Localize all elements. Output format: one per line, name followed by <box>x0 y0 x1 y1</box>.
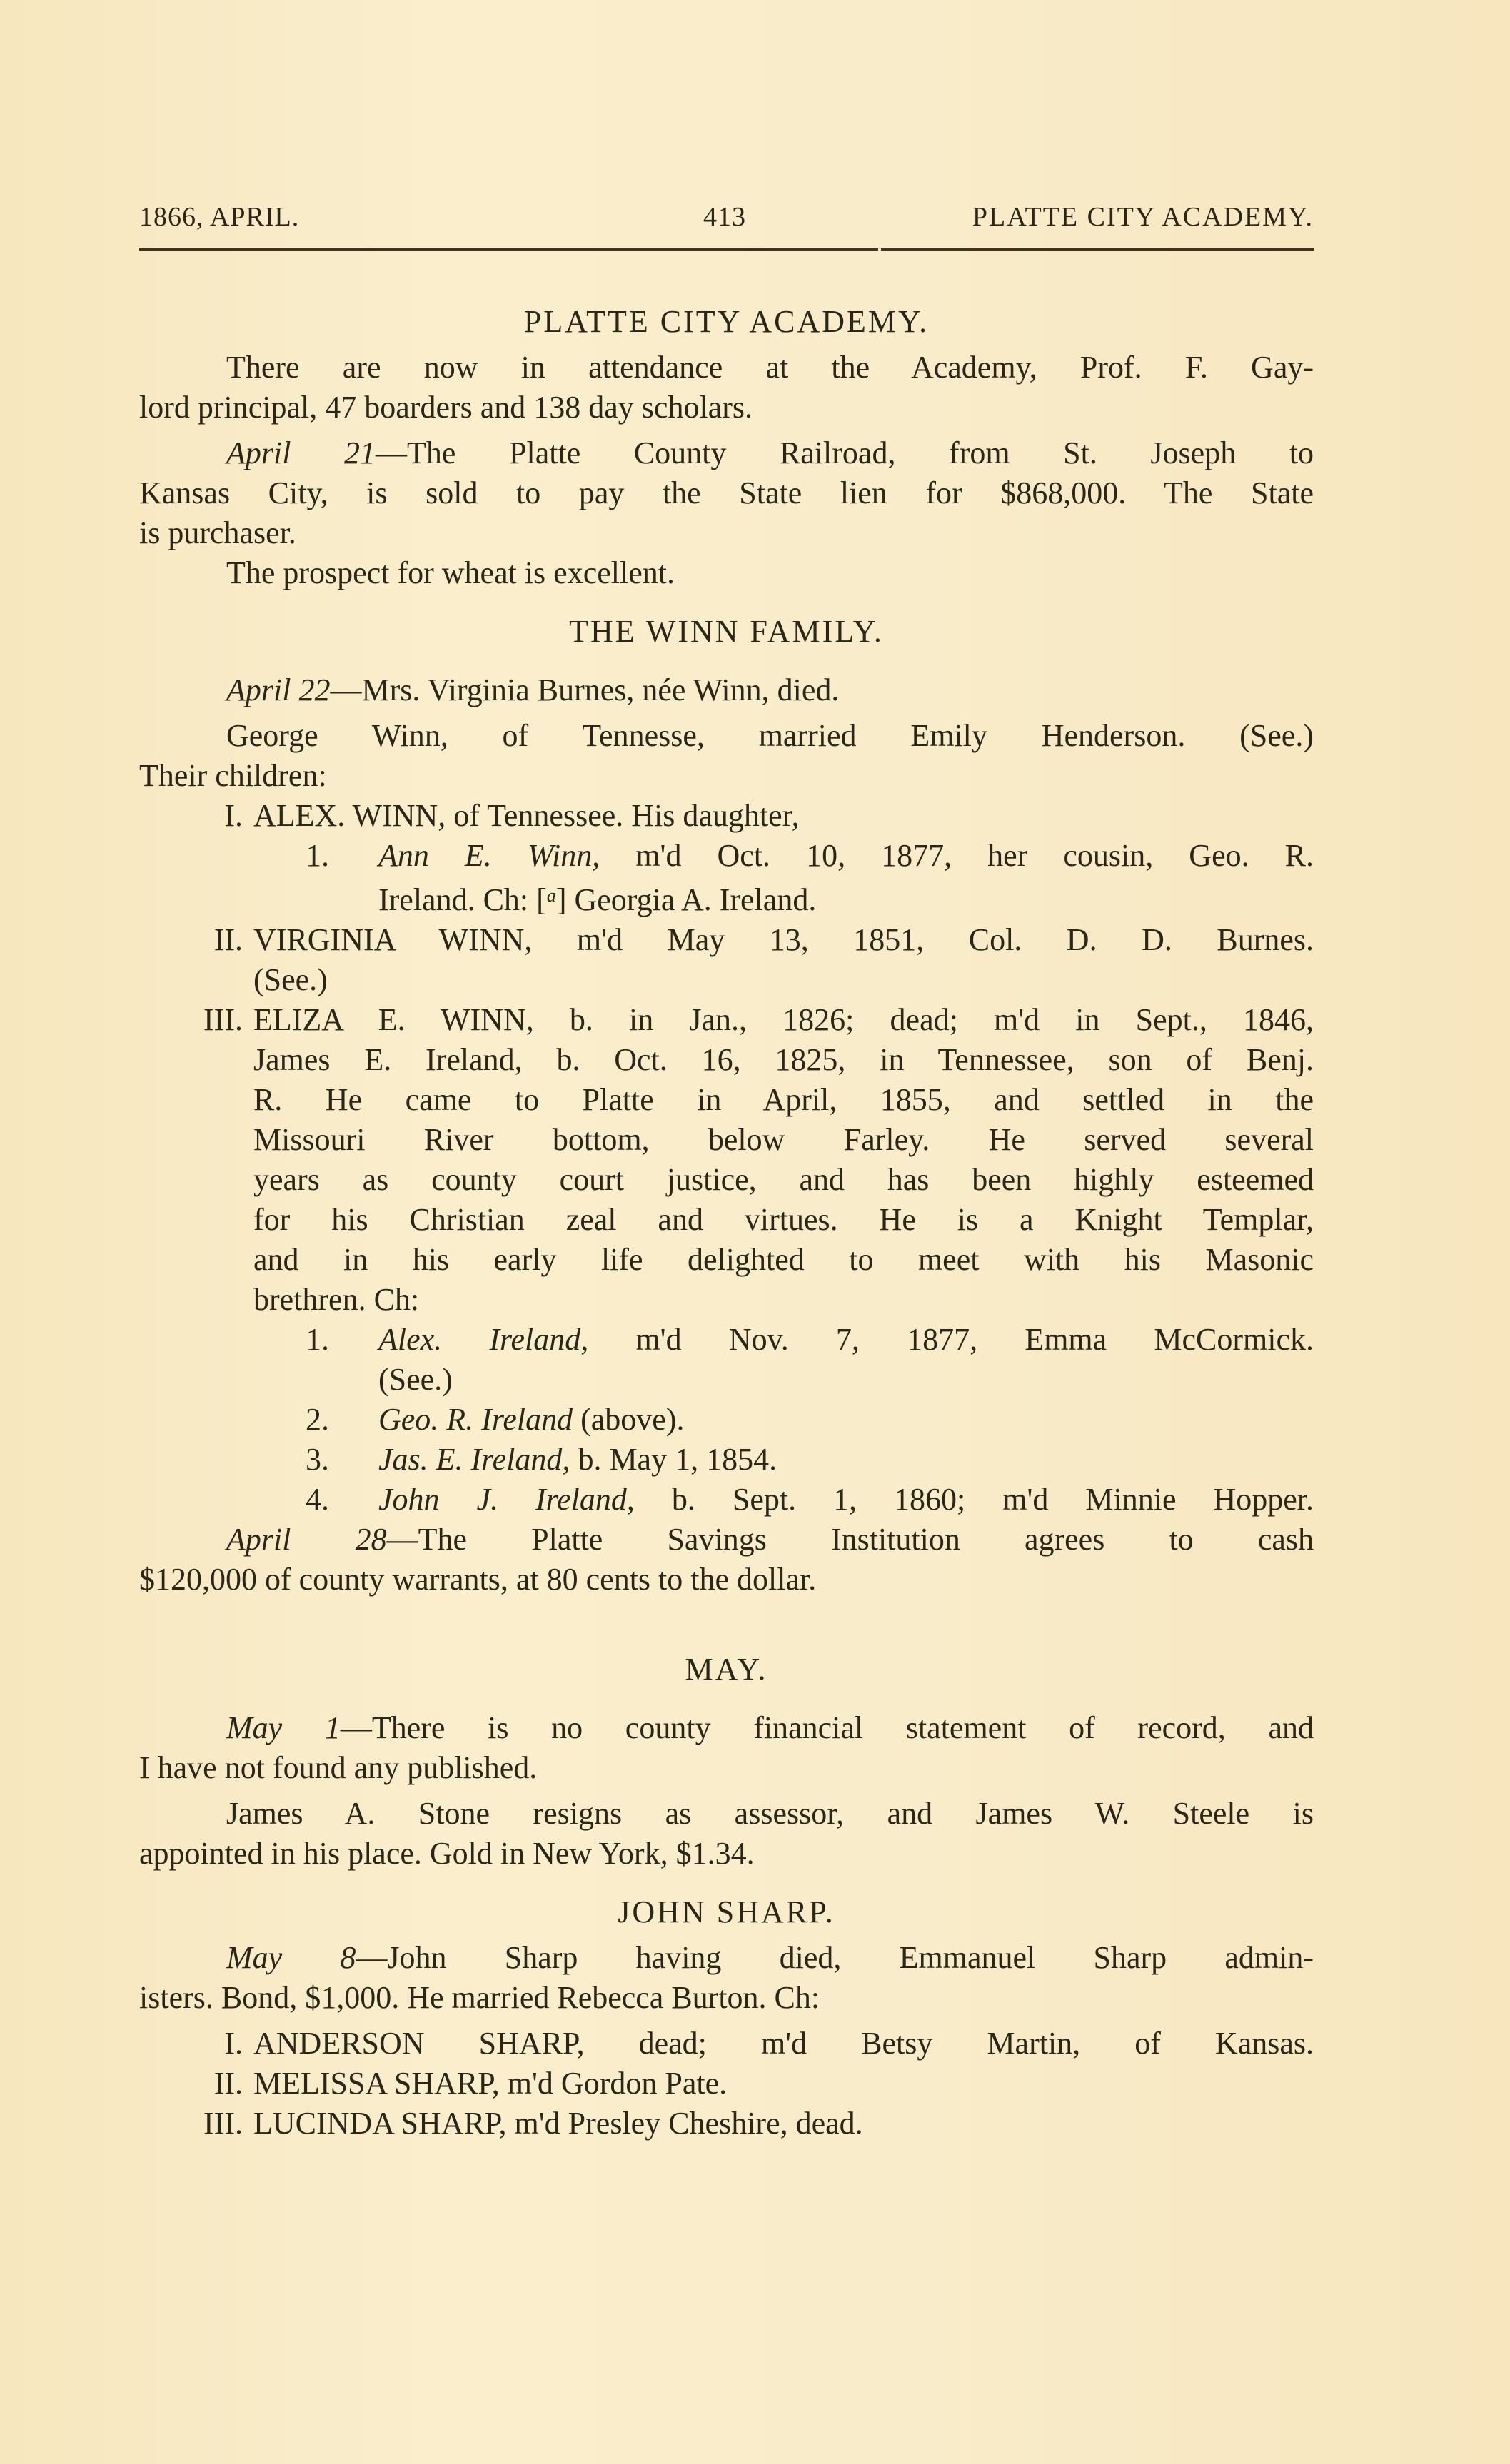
george-winn-line-2: Their children: <box>139 756 1314 796</box>
roman-numeral: II. <box>214 920 243 960</box>
winn-grandchild-ann-cont: Ireland. Ch: [a] Georgia A. Ireland. <box>139 876 1314 920</box>
page-body: PLATTE CITY ACADEMY. There are now in at… <box>139 302 1314 2144</box>
roman-numeral: I. <box>224 796 243 836</box>
page-number: 413 <box>703 201 746 233</box>
running-header: 1866, APRIL. 413 PLATTE CITY ACADEMY. <box>139 201 1314 237</box>
eliza-bio-line-1: James E. Ireland, b. Oct. 16, 1825, in T… <box>139 1040 1314 1080</box>
winn-child-3: III. ELIZA E. WINN, b. in Jan., 1826; de… <box>139 1000 1314 1040</box>
sharp-child-2: II. MELISSA SHARP, m'd Gordon Pate. <box>139 2064 1314 2104</box>
person-name: Alex. Ireland <box>378 1322 580 1357</box>
may-8-entry-line-2: isters. Bond, $1,000. He married Rebecca… <box>139 1978 1314 2018</box>
wheat-note: The prospect for wheat is excellent. <box>139 553 1314 593</box>
sharp-child-3: III. LUCINDA SHARP, m'd Presley Cheshire… <box>139 2104 1314 2144</box>
winn-child-2: II. VIRGINIA WINN, m'd May 13, 1851, Col… <box>139 920 1314 960</box>
april-22-entry: April 22—Mrs. Virginia Burnes, née Winn,… <box>139 670 1314 710</box>
ireland-child-3: 3. Jas. E. Ireland, b. May 1, 1854. <box>139 1440 1314 1480</box>
roman-numeral: III. <box>203 1000 243 1040</box>
person-name: John J. Ireland <box>378 1482 627 1517</box>
eliza-bio-line-3: Missouri River bottom, below Farley. He … <box>139 1120 1314 1160</box>
person-name: Geo. R. Ireland <box>378 1402 573 1437</box>
academy-para-line-1: There are now in attendance at the Acade… <box>139 348 1314 388</box>
winn-child-2-cont: (See.) <box>139 960 1314 1000</box>
eliza-bio-line-5: for his Christian zeal and virtues. He i… <box>139 1200 1314 1240</box>
april-28-date: April 28 <box>226 1522 387 1557</box>
person-name: Ann E. Winn <box>378 838 592 873</box>
eliza-bio-line-6: and in his early life delighted to meet … <box>139 1240 1314 1280</box>
april-28-entry-line-2: $120,000 of county warrants, at 80 cents… <box>139 1560 1314 1600</box>
winn-child-1: I. ALEX. WINN, of Tennessee. His daughte… <box>139 796 1314 836</box>
section-title-john-sharp: JOHN SHARP. <box>139 1892 1314 1932</box>
april-21-entry-line-3: is purchaser. <box>139 513 1314 553</box>
running-header-date: 1866, APRIL. <box>139 201 299 233</box>
ireland-child-1: 1. Alex. Ireland, m'd Nov. 7, 1877, Emma… <box>139 1320 1314 1360</box>
eliza-bio-line-7: brethren. Ch: <box>139 1280 1314 1320</box>
roman-numeral: II. <box>214 2064 243 2104</box>
person-name: Jas. E. Ireland <box>378 1442 562 1477</box>
may-1-entry-line-1: May 1—There is no county financial state… <box>139 1708 1314 1748</box>
ireland-child-4: 4. John J. Ireland, b. Sept. 1, 1860; m'… <box>139 1480 1314 1520</box>
footnote-mark: a <box>547 885 556 906</box>
april-21-entry-line-1: April 21—The Platte County Railroad, fro… <box>139 433 1314 473</box>
may-1-date: May 1 <box>226 1710 341 1745</box>
section-title-winn-family: THE WINN FAMILY. <box>139 612 1314 652</box>
may-8-date: May 8 <box>226 1940 356 1975</box>
roman-numeral: I. <box>224 2024 243 2064</box>
academy-para-line-2: lord principal, 47 boarders and 138 day … <box>139 388 1314 428</box>
header-rule <box>139 248 1314 251</box>
section-title-may: MAY. <box>139 1650 1314 1690</box>
stone-resigns-line-1: James A. Stone resigns as assessor, and … <box>139 1794 1314 1834</box>
ireland-child-1-cont: (See.) <box>139 1360 1314 1400</box>
may-1-entry-line-2: I have not found any published. <box>139 1748 1314 1788</box>
april-28-entry-line-1: April 28—The Platte Savings Institution … <box>139 1520 1314 1560</box>
ireland-child-2: 2. Geo. R. Ireland (above). <box>139 1400 1314 1440</box>
sharp-child-1: I. ANDERSON SHARP, dead; m'd Betsy Marti… <box>139 2024 1314 2064</box>
running-header-topic: PLATTE CITY ACADEMY. <box>972 201 1314 233</box>
april-22-date: April 22 <box>226 672 330 707</box>
winn-grandchild-ann: 1. Ann E. Winn, m'd Oct. 10, 1877, her c… <box>139 836 1314 876</box>
april-21-date: April 21 <box>226 435 376 470</box>
eliza-bio-line-4: years as county court justice, and has b… <box>139 1160 1314 1200</box>
eliza-bio-line-2: R. He came to Platte in April, 1855, and… <box>139 1080 1314 1120</box>
george-winn-line-1: George Winn, of Tennesse, married Emily … <box>139 716 1314 756</box>
section-title-academy: PLATTE CITY ACADEMY. <box>139 302 1314 342</box>
may-8-entry-line-1: May 8—John Sharp having died, Emmanuel S… <box>139 1938 1314 1978</box>
april-21-entry-line-2: Kansas City, is sold to pay the State li… <box>139 473 1314 513</box>
stone-resigns-line-2: appointed in his place. Gold in New York… <box>139 1834 1314 1874</box>
header-rule-break <box>878 246 881 253</box>
roman-numeral: III. <box>203 2104 243 2144</box>
